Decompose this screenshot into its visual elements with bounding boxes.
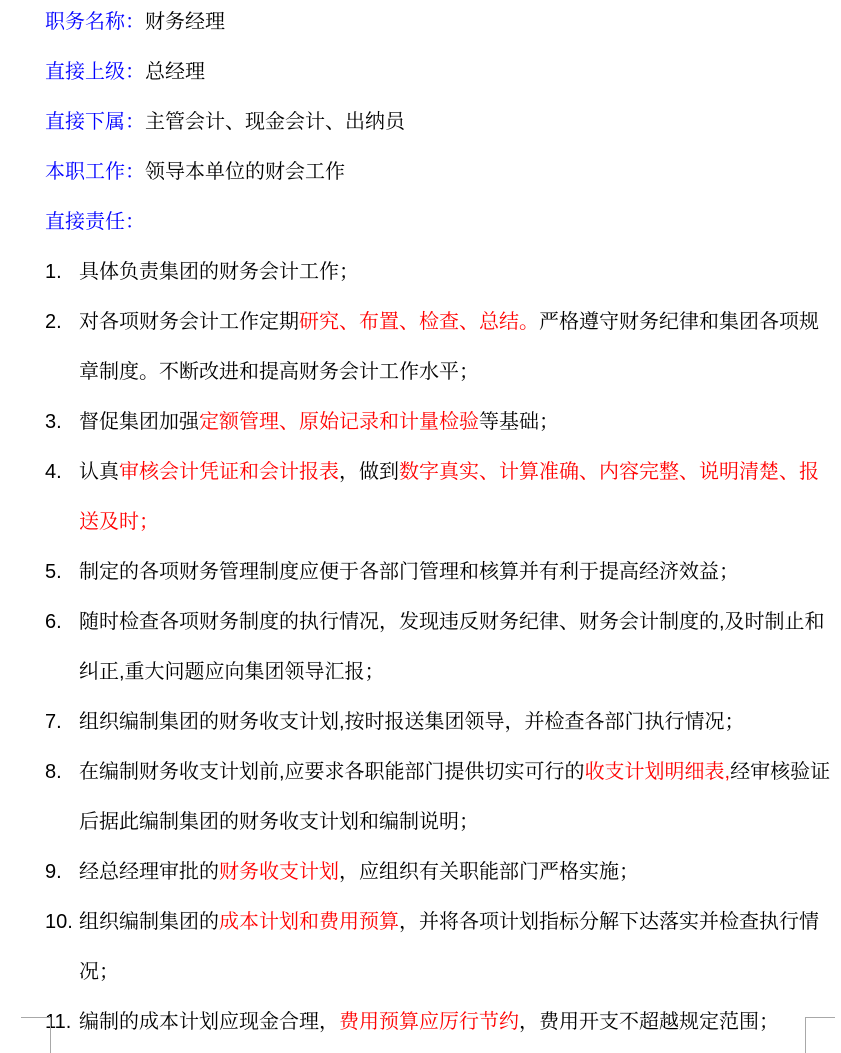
text-segment: 认真 [79, 461, 119, 483]
page-margin-mark-left-vertical [50, 1017, 51, 1053]
list-item-text: 具体负责集团的财务会计工作； [79, 247, 837, 297]
highlighted-text-segment: 费用预算应厉行节约 [339, 1011, 519, 1033]
field-row: 本职工作：领导本单位的财会工作 [45, 147, 837, 197]
list-item-text: 对各项财务会计工作定期研究、布置、检查、总结。严格遵守财务纪律和集团各项规章制度… [79, 297, 837, 397]
list-item-number: 5. [45, 547, 79, 597]
list-item: 7.组织编制集团的财务收支计划,按时报送集团领导，并检查各部门执行情况； [45, 697, 837, 747]
list-item: 3.督促集团加强定额管理、原始记录和计量检验等基础； [45, 397, 837, 447]
field-value: 领导本单位的财会工作 [145, 161, 345, 183]
text-segment: 编制的成本计划应现金合理， [79, 1011, 339, 1033]
page-margin-mark-right-vertical [805, 1017, 806, 1053]
list-item-number: 10. [45, 897, 79, 997]
document-page: 职务名称：财务经理直接上级：总经理直接下属：主管会计、现金会计、出纳员本职工作：… [45, 0, 837, 1047]
field-label: 直接下属 [45, 111, 125, 133]
field-row: 直接下属：主管会计、现金会计、出纳员 [45, 97, 837, 147]
text-segment: 督促集团加强 [79, 411, 199, 433]
list-item-number: 2. [45, 297, 79, 397]
list-item-text: 认真审核会计凭证和会计报表，做到数字真实、计算准确、内容完整、说明清楚、报送及时… [79, 447, 837, 547]
text-segment: 具体负责集团的财务会计工作； [79, 261, 359, 283]
highlighted-text-segment: 收支计划明细表, [585, 761, 731, 783]
field-row: 职务名称：财务经理 [45, 0, 837, 47]
text-segment: 在编制财务收支计划前,应要求各职能部门提供切实可行的 [79, 761, 585, 783]
field-colon: ： [125, 211, 145, 233]
list-item: 10.组织编制集团的成本计划和费用预算，并将各项计划指标分解下达落实并检查执行情… [45, 897, 837, 997]
highlighted-text-segment: 成本计划和费用预算 [219, 911, 399, 933]
text-segment: 对各项财务会计工作定期 [79, 311, 299, 333]
text-segment: ，费用开支不超越规定范围； [519, 1011, 779, 1033]
field-label: 直接责任 [45, 211, 125, 233]
list-item-text: 组织编制集团的财务收支计划,按时报送集团领导，并检查各部门执行情况； [79, 697, 837, 747]
field-row: 直接责任： [45, 197, 837, 247]
field-row: 直接上级：总经理 [45, 47, 837, 97]
field-colon: ： [125, 111, 145, 133]
list-item-number: 7. [45, 697, 79, 747]
list-item: 11.编制的成本计划应现金合理，费用预算应厉行节约，费用开支不超越规定范围； [45, 997, 837, 1047]
list-item: 4.认真审核会计凭证和会计报表，做到数字真实、计算准确、内容完整、说明清楚、报送… [45, 447, 837, 547]
list-item: 6.随时检查各项财务制度的执行情况，发现违反财务纪律、财务会计制度的,及时制止和… [45, 597, 837, 697]
list-item-text: 督促集团加强定额管理、原始记录和计量检验等基础； [79, 397, 837, 447]
field-label: 直接上级 [45, 61, 125, 83]
field-colon: ： [125, 61, 145, 83]
list-item-number: 3. [45, 397, 79, 447]
field-label: 本职工作 [45, 161, 125, 183]
page-margin-mark-left-horizontal [21, 1017, 51, 1018]
highlighted-text-segment: 定额管理、原始记录和计量检验 [199, 411, 479, 433]
list-item-number: 8. [45, 747, 79, 847]
field-value: 总经理 [145, 61, 205, 83]
field-value: 主管会计、现金会计、出纳员 [145, 111, 405, 133]
highlighted-text-segment: 财务收支计划 [219, 861, 339, 883]
duties-list: 1.具体负责集团的财务会计工作；2.对各项财务会计工作定期研究、布置、检查、总结… [45, 247, 837, 1047]
text-segment: 组织编制集团的 [79, 911, 219, 933]
text-segment: 组织编制集团的财务收支计划,按时报送集团领导，并检查各部门执行情况； [79, 711, 745, 733]
text-segment: 随时检查各项财务制度的执行情况，发现违反财务纪律、财务会计制度的,及时制止和纠正… [79, 611, 825, 683]
list-item-text: 制定的各项财务管理制度应便于各部门管理和核算并有利于提高经济效益； [79, 547, 837, 597]
text-segment: ，应组织有关职能部门严格实施； [339, 861, 639, 883]
list-item: 2.对各项财务会计工作定期研究、布置、检查、总结。严格遵守财务纪律和集团各项规章… [45, 297, 837, 397]
highlighted-text-segment: 审核会计凭证和会计报表 [119, 461, 339, 483]
list-item-number: 1. [45, 247, 79, 297]
list-item-number: 6. [45, 597, 79, 697]
field-value: 财务经理 [145, 11, 225, 33]
page-margin-mark-right-horizontal [805, 1017, 835, 1018]
field-colon: ： [125, 161, 145, 183]
header-fields: 职务名称：财务经理直接上级：总经理直接下属：主管会计、现金会计、出纳员本职工作：… [45, 0, 837, 247]
list-item-text: 编制的成本计划应现金合理，费用预算应厉行节约，费用开支不超越规定范围； [79, 997, 837, 1047]
list-item: 1.具体负责集团的财务会计工作； [45, 247, 837, 297]
list-item-number: 9. [45, 847, 79, 897]
list-item-text: 经总经理审批的财务收支计划，应组织有关职能部门严格实施； [79, 847, 837, 897]
list-item-text: 在编制财务收支计划前,应要求各职能部门提供切实可行的收支计划明细表,经审核验证后… [79, 747, 837, 847]
text-segment: 经总经理审批的 [79, 861, 219, 883]
text-segment: 制定的各项财务管理制度应便于各部门管理和核算并有利于提高经济效益； [79, 561, 739, 583]
field-label: 职务名称 [45, 11, 125, 33]
list-item: 9.经总经理审批的财务收支计划，应组织有关职能部门严格实施； [45, 847, 837, 897]
field-colon: ： [125, 11, 145, 33]
list-item-number: 4. [45, 447, 79, 547]
list-item-text: 随时检查各项财务制度的执行情况，发现违反财务纪律、财务会计制度的,及时制止和纠正… [79, 597, 837, 697]
list-item: 5.制定的各项财务管理制度应便于各部门管理和核算并有利于提高经济效益； [45, 547, 837, 597]
list-item: 8.在编制财务收支计划前,应要求各职能部门提供切实可行的收支计划明细表,经审核验… [45, 747, 837, 847]
text-segment: 等基础； [479, 411, 559, 433]
text-segment: ，做到 [339, 461, 399, 483]
list-item-text: 组织编制集团的成本计划和费用预算，并将各项计划指标分解下达落实并检查执行情况； [79, 897, 837, 997]
highlighted-text-segment: 研究、布置、检查、总结。 [299, 311, 539, 333]
